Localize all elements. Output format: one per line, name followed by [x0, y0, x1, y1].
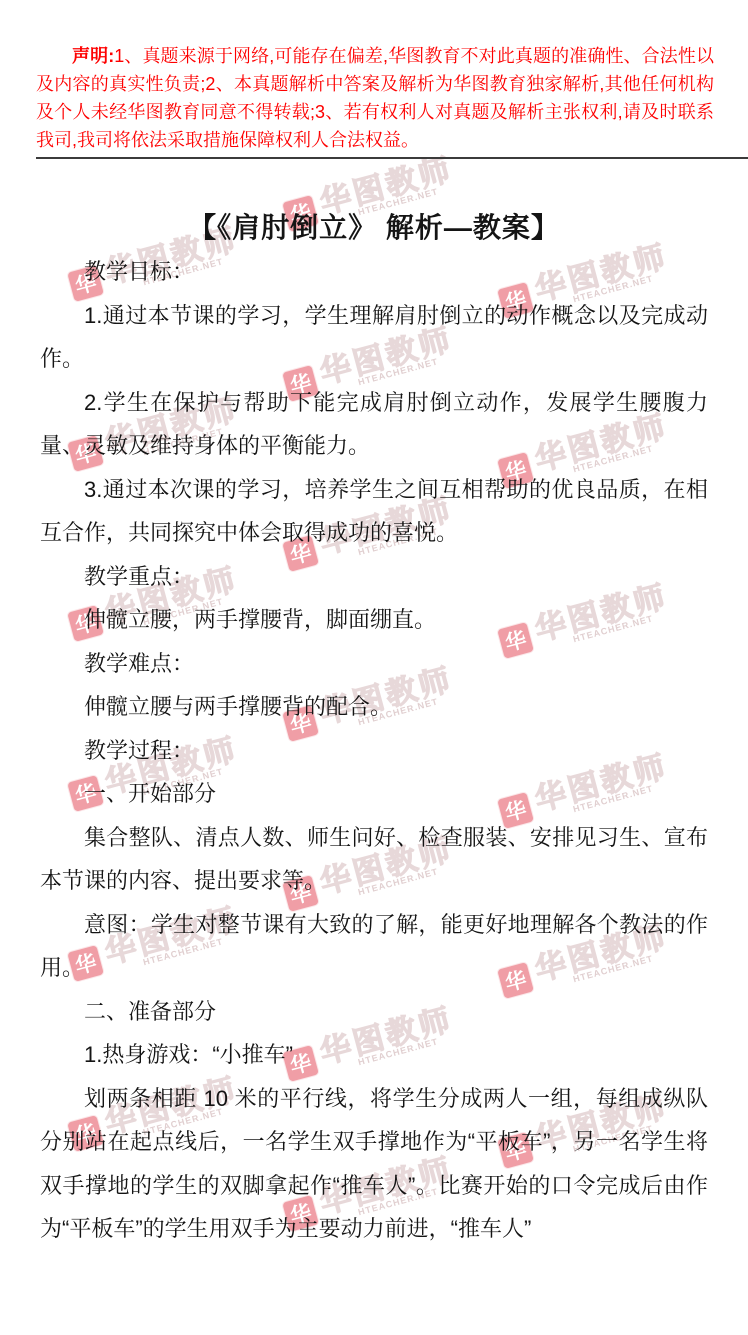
paragraph: 1.热身游戏：“小推车” [40, 1033, 708, 1077]
document-body: 教学目标：1.通过本节课的学习，学生理解肩肘倒立的动作概念以及完成动作。2.学生… [40, 250, 708, 1251]
paragraph: 集合整队、清点人数、师生问好、检查服装、安排见习生、宣布本节课的内容、提出要求等… [40, 816, 708, 903]
paragraph: 伸髋立腰与两手撑腰背的配合。 [40, 685, 708, 729]
horizontal-divider [36, 157, 748, 159]
paragraph: 1.通过本节课的学习，学生理解肩肘倒立的动作概念以及完成动作。 [40, 294, 708, 381]
page-title: 【《肩肘倒立》 解析—教案】 [0, 206, 748, 246]
paragraph: 一、开始部分 [40, 772, 708, 816]
paragraph: 教学难点： [40, 642, 708, 686]
disclaimer-label: 声明: [72, 46, 114, 66]
paragraph: 意图：学生对整节课有大致的了解，能更好地理解各个教法的作用。 [40, 903, 708, 990]
paragraph: 3.通过本次课的学习，培养学生之间互相帮助的优良品质，在相互合作，共同探究中体会… [40, 468, 708, 555]
disclaimer-body: 1、真题来源于网络,可能存在偏差,华图教育不对此真题的准确性、合法性以及内容的真… [36, 46, 714, 150]
paragraph: 二、准备部分 [40, 990, 708, 1034]
paragraph: 伸髋立腰，两手撑腰背，脚面绷直。 [40, 598, 708, 642]
paragraph: 教学目标： [40, 250, 708, 294]
document-page: 华华图教师HTEACHER.NET华华图教师HTEACHER.NET华华图教师H… [0, 0, 748, 1335]
paragraph: 2.学生在保护与帮助下能完成肩肘倒立动作，发展学生腰腹力量、灵敏及维持身体的平衡… [40, 381, 708, 468]
paragraph: 教学重点： [40, 555, 708, 599]
paragraph: 教学过程： [40, 729, 708, 773]
paragraph: 划两条相距 10 米的平行线，将学生分成两人一组，每组成纵队分别站在起点线后，一… [40, 1077, 708, 1251]
disclaimer-text: 声明:1、真题来源于网络,可能存在偏差,华图教育不对此真题的准确性、合法性以及内… [36, 42, 714, 154]
